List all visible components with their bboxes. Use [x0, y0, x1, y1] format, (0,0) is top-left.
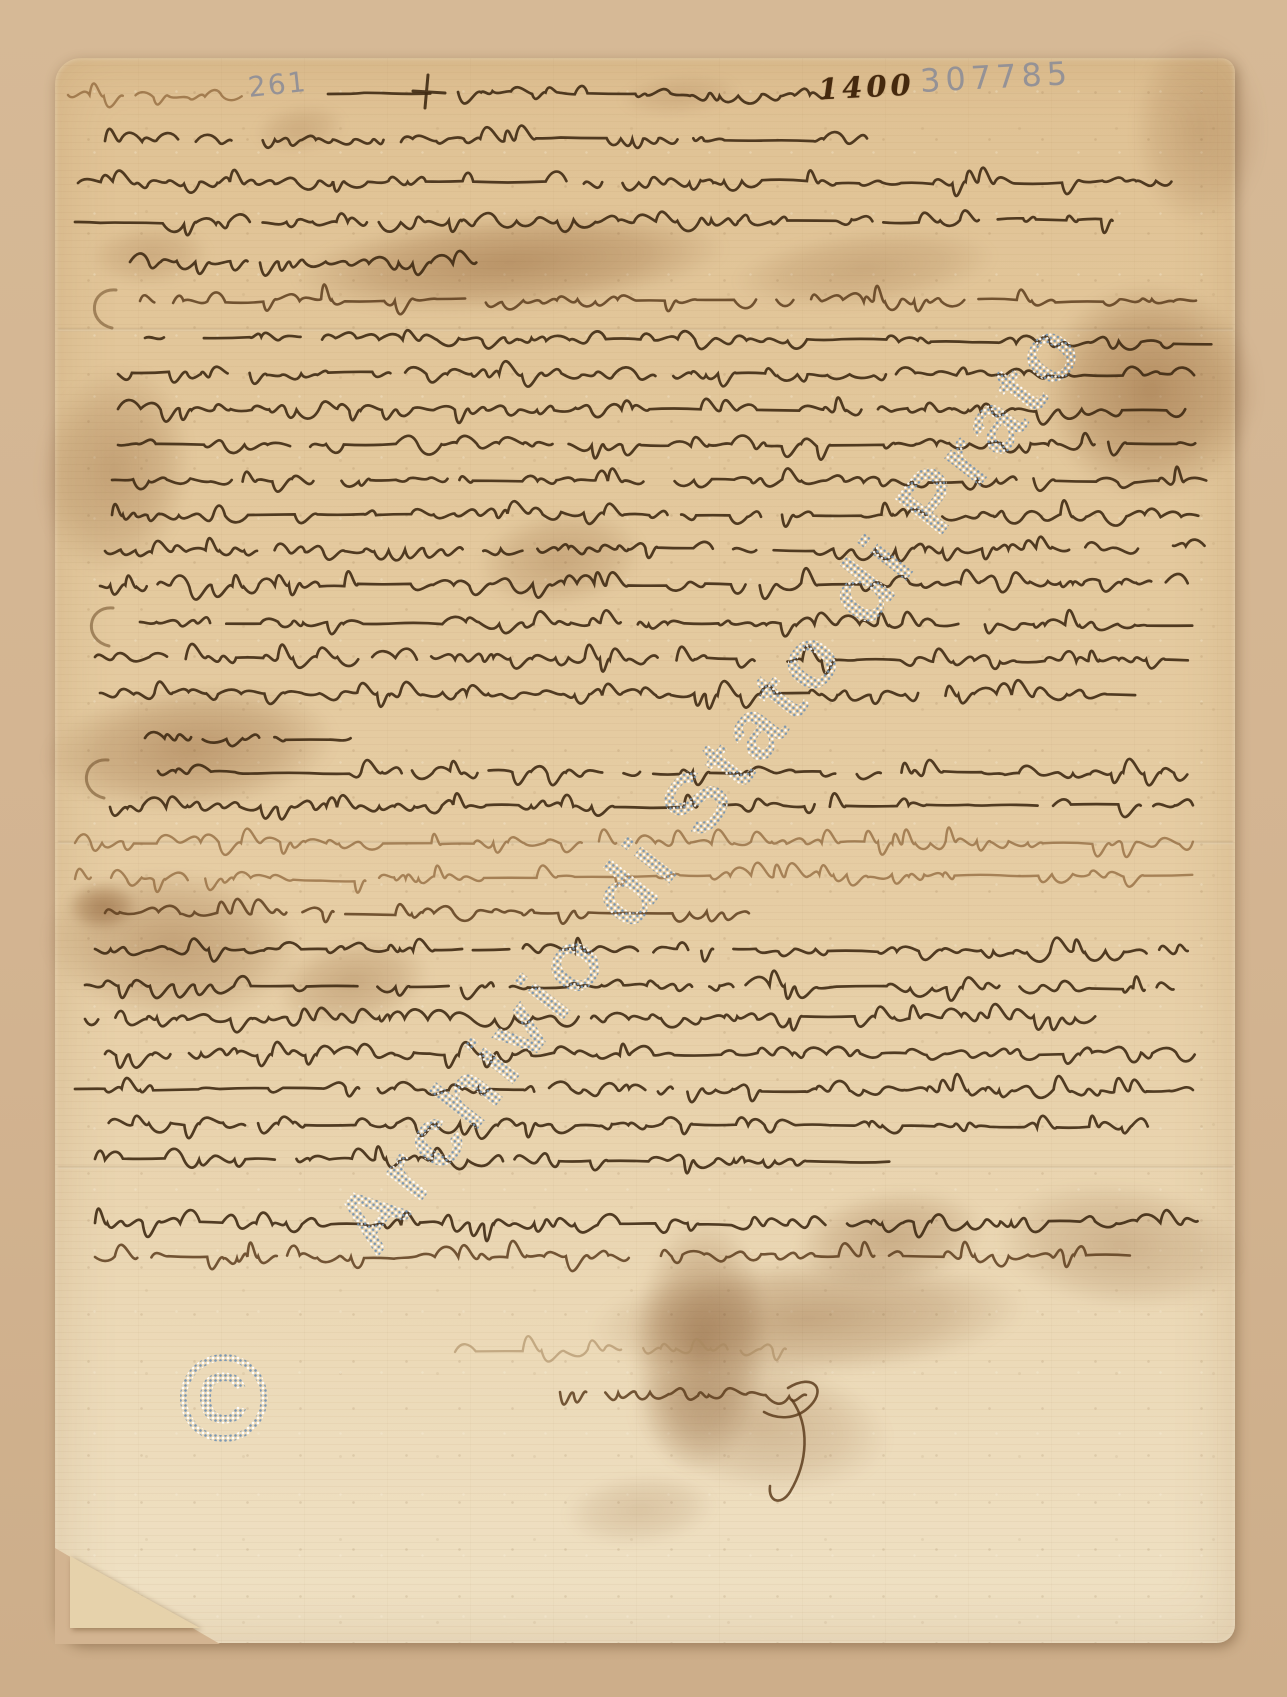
script-stroke — [118, 361, 1194, 386]
handwritten-script — [0, 0, 1287, 1697]
script-stroke — [85, 1004, 1095, 1032]
scan-mount-background: 1400 261 307785 © Archivio di Stato di P… — [0, 0, 1287, 1697]
script-stroke — [455, 1336, 803, 1361]
script-stroke — [75, 1074, 1193, 1102]
folded-corner-flap — [70, 1556, 200, 1628]
script-stroke — [75, 827, 1193, 857]
script-stroke — [130, 251, 476, 276]
script-stroke — [140, 284, 1196, 314]
script-stroke — [85, 971, 1188, 1001]
script-stroke — [91, 608, 113, 646]
script-stroke — [458, 86, 825, 104]
script-stroke — [94, 290, 116, 328]
script-stroke — [140, 610, 1192, 636]
script-stroke — [95, 1146, 889, 1173]
script-stroke — [112, 500, 1198, 526]
script-stroke — [105, 1042, 1195, 1068]
script-stroke — [109, 1116, 1148, 1139]
script-stroke — [413, 75, 445, 108]
date-year-text: 1400 — [817, 67, 915, 106]
script-stroke — [95, 1209, 1198, 1241]
script-stroke — [95, 1241, 1130, 1271]
pencil-folio-number: 261 — [246, 65, 309, 104]
script-stroke — [145, 330, 1211, 349]
script-stroke — [105, 537, 1204, 561]
script-stroke — [68, 83, 242, 107]
script-stroke — [118, 398, 1185, 425]
script-stroke — [145, 732, 351, 746]
script-stroke — [86, 760, 108, 798]
script-stroke — [112, 467, 1206, 492]
script-stroke — [158, 759, 1187, 785]
script-stroke — [100, 680, 1135, 708]
script-stroke — [118, 433, 1195, 459]
script-stroke — [560, 1388, 806, 1404]
script-stroke — [100, 568, 1188, 599]
script-stroke — [95, 644, 1188, 674]
script-stroke — [95, 938, 1188, 962]
script-stroke — [105, 899, 749, 924]
page-artifacts-layer: 1400 261 307785 © Archivio di Stato di P… — [0, 0, 1287, 1697]
script-stroke — [110, 793, 1193, 819]
script-stroke — [78, 168, 1171, 196]
archive-number: 307785 — [919, 54, 1073, 100]
script-stroke — [75, 210, 1113, 235]
script-stroke — [105, 126, 867, 148]
script-stroke — [75, 863, 1192, 893]
script-stroke — [328, 93, 430, 94]
